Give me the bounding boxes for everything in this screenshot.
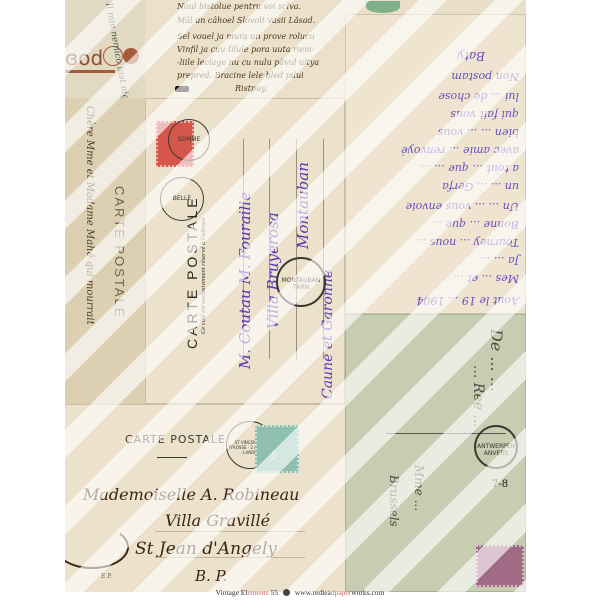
- letter-line: Mes ... et ...: [453, 272, 519, 285]
- letter-line: bien ... ... vous: [438, 126, 519, 139]
- footer-url-suffix: works.com: [351, 588, 384, 597]
- footer-prefix: Vintage El: [216, 588, 248, 597]
- address-line-1: M. Coutau M. Fouraille: [236, 192, 254, 369]
- card-title: CARTE POSTALE: [125, 433, 226, 446]
- postmark-montauban: MONTAUBAN TARN: [276, 257, 326, 307]
- copyright-icon: [283, 589, 290, 596]
- letter-body: Aout le 19 ... 1904 Mes ... et ... Ja ..…: [346, 15, 525, 313]
- letter-line: Baty: [457, 49, 485, 63]
- letter-line: Non postam: [451, 70, 519, 83]
- stamp-green-partial: [366, 1, 400, 13]
- flourish-swirl: [65, 525, 129, 569]
- address-line-1: Mademoiselle A. Robineau: [83, 485, 299, 504]
- footer-url-accent: dpaper: [331, 588, 351, 597]
- logo-text: ɞod: [65, 46, 103, 70]
- postcard-collage: ɞod Il mio nemico last night Noul bistol…: [65, 0, 526, 592]
- letter-line: Ristpuy.: [235, 84, 267, 93]
- letter-line: a tout ... que ... ...: [420, 162, 519, 175]
- time-mark: 7-8: [492, 479, 508, 490]
- postmark-antwerpen: ANTWERPEN ANVERS: [474, 425, 518, 469]
- letter-line: Noul bistolue pentru voi sclva.: [177, 2, 301, 11]
- letter-line: Vinfil ja cuu Iilule pora uuta rieni-: [177, 45, 315, 54]
- footer-url-prefix: www.redlea: [295, 588, 331, 597]
- publisher-mark: E P.: [101, 573, 112, 580]
- address-line-3: Montauban: [294, 162, 312, 249]
- bottom-card: CARTE POSTALE ST VINCENT DE TYROSSE · 2 …: [65, 404, 345, 592]
- postmark-somme: SOMME: [168, 119, 210, 161]
- address-line-3: St Jean d'Angely: [135, 539, 277, 559]
- card-title: CARTE POSTALE: [184, 195, 200, 349]
- card-title: CARTE POSTALE: [112, 186, 127, 318]
- letter-line: prepred. Bracine lele bled pilui: [177, 71, 304, 80]
- ornament-bar: [65, 70, 115, 73]
- letter-line: Bonne ... que ...: [432, 218, 520, 231]
- stamp-teal: [255, 425, 299, 473]
- letter-line: Tourney ... nous ...: [416, 236, 519, 249]
- address-rule: [155, 557, 305, 558]
- letter-line: lui ... de chose: [438, 90, 519, 103]
- footer-number: 55: [271, 588, 279, 597]
- left-card: Chère Mme et Madame Mahé qui mourrait CA…: [65, 98, 145, 404]
- letter-line: avec amie ... renvoyé: [401, 144, 519, 157]
- ink-blot: [175, 86, 189, 92]
- letter-line: Un ... ... vous envoie: [406, 200, 519, 213]
- green-card: De ... ... ... Ree ... Mme ... Brussels …: [345, 314, 526, 592]
- script-line: Brussels: [387, 475, 401, 527]
- letter-line: Sel vouel ja mura un prove rolucu: [177, 32, 315, 41]
- letter-line: -liile leclage nu cu nulu pàvul ultya: [177, 58, 319, 67]
- center-card: SOMME BELLE CARTE POSTALE Ce côté est ex…: [145, 98, 345, 404]
- top-letter: Noul bistolue pentru voi sclva. Mâl un c…: [145, 0, 345, 98]
- title-underline: [157, 457, 187, 458]
- letter-line: Mâl un câhoel Slovolt vasii Lăsad.: [177, 16, 315, 25]
- script-text: Chère Mme et Madame Mahé qui mourrait: [84, 106, 95, 325]
- address-line-2: Villa Gravillé: [165, 511, 270, 530]
- card-subtitle: Ce côté est exclusivement réservé à l'ad…: [200, 217, 207, 334]
- script-line: De ... ...: [487, 329, 506, 392]
- address-line-4: B. P.: [195, 567, 227, 585]
- letter-line: un ... ... Gerfa: [442, 180, 519, 193]
- decorative-rosette-icon: [123, 48, 139, 64]
- stamp-value: 5: [271, 451, 277, 462]
- letter-line: Ja ... ...: [480, 254, 519, 267]
- address-rule: [155, 531, 305, 532]
- letter-line: Aout le 19 ... 1904: [416, 294, 519, 307]
- script-line: Mme ...: [412, 465, 426, 511]
- letter-line: qui fait vous: [450, 108, 519, 121]
- footer-accent: ements: [247, 588, 268, 597]
- right-letter: Aout le 19 ... 1904 Mes ... et ... Ja ..…: [345, 14, 526, 314]
- footer-credit: Vintage Elements 55 www.redleadpaperwork…: [0, 588, 600, 600]
- top-left-card: ɞod Il mio nemico last night: [65, 0, 145, 108]
- stamp-mauve: [476, 545, 524, 587]
- script-line: ... Ree ...: [470, 365, 486, 428]
